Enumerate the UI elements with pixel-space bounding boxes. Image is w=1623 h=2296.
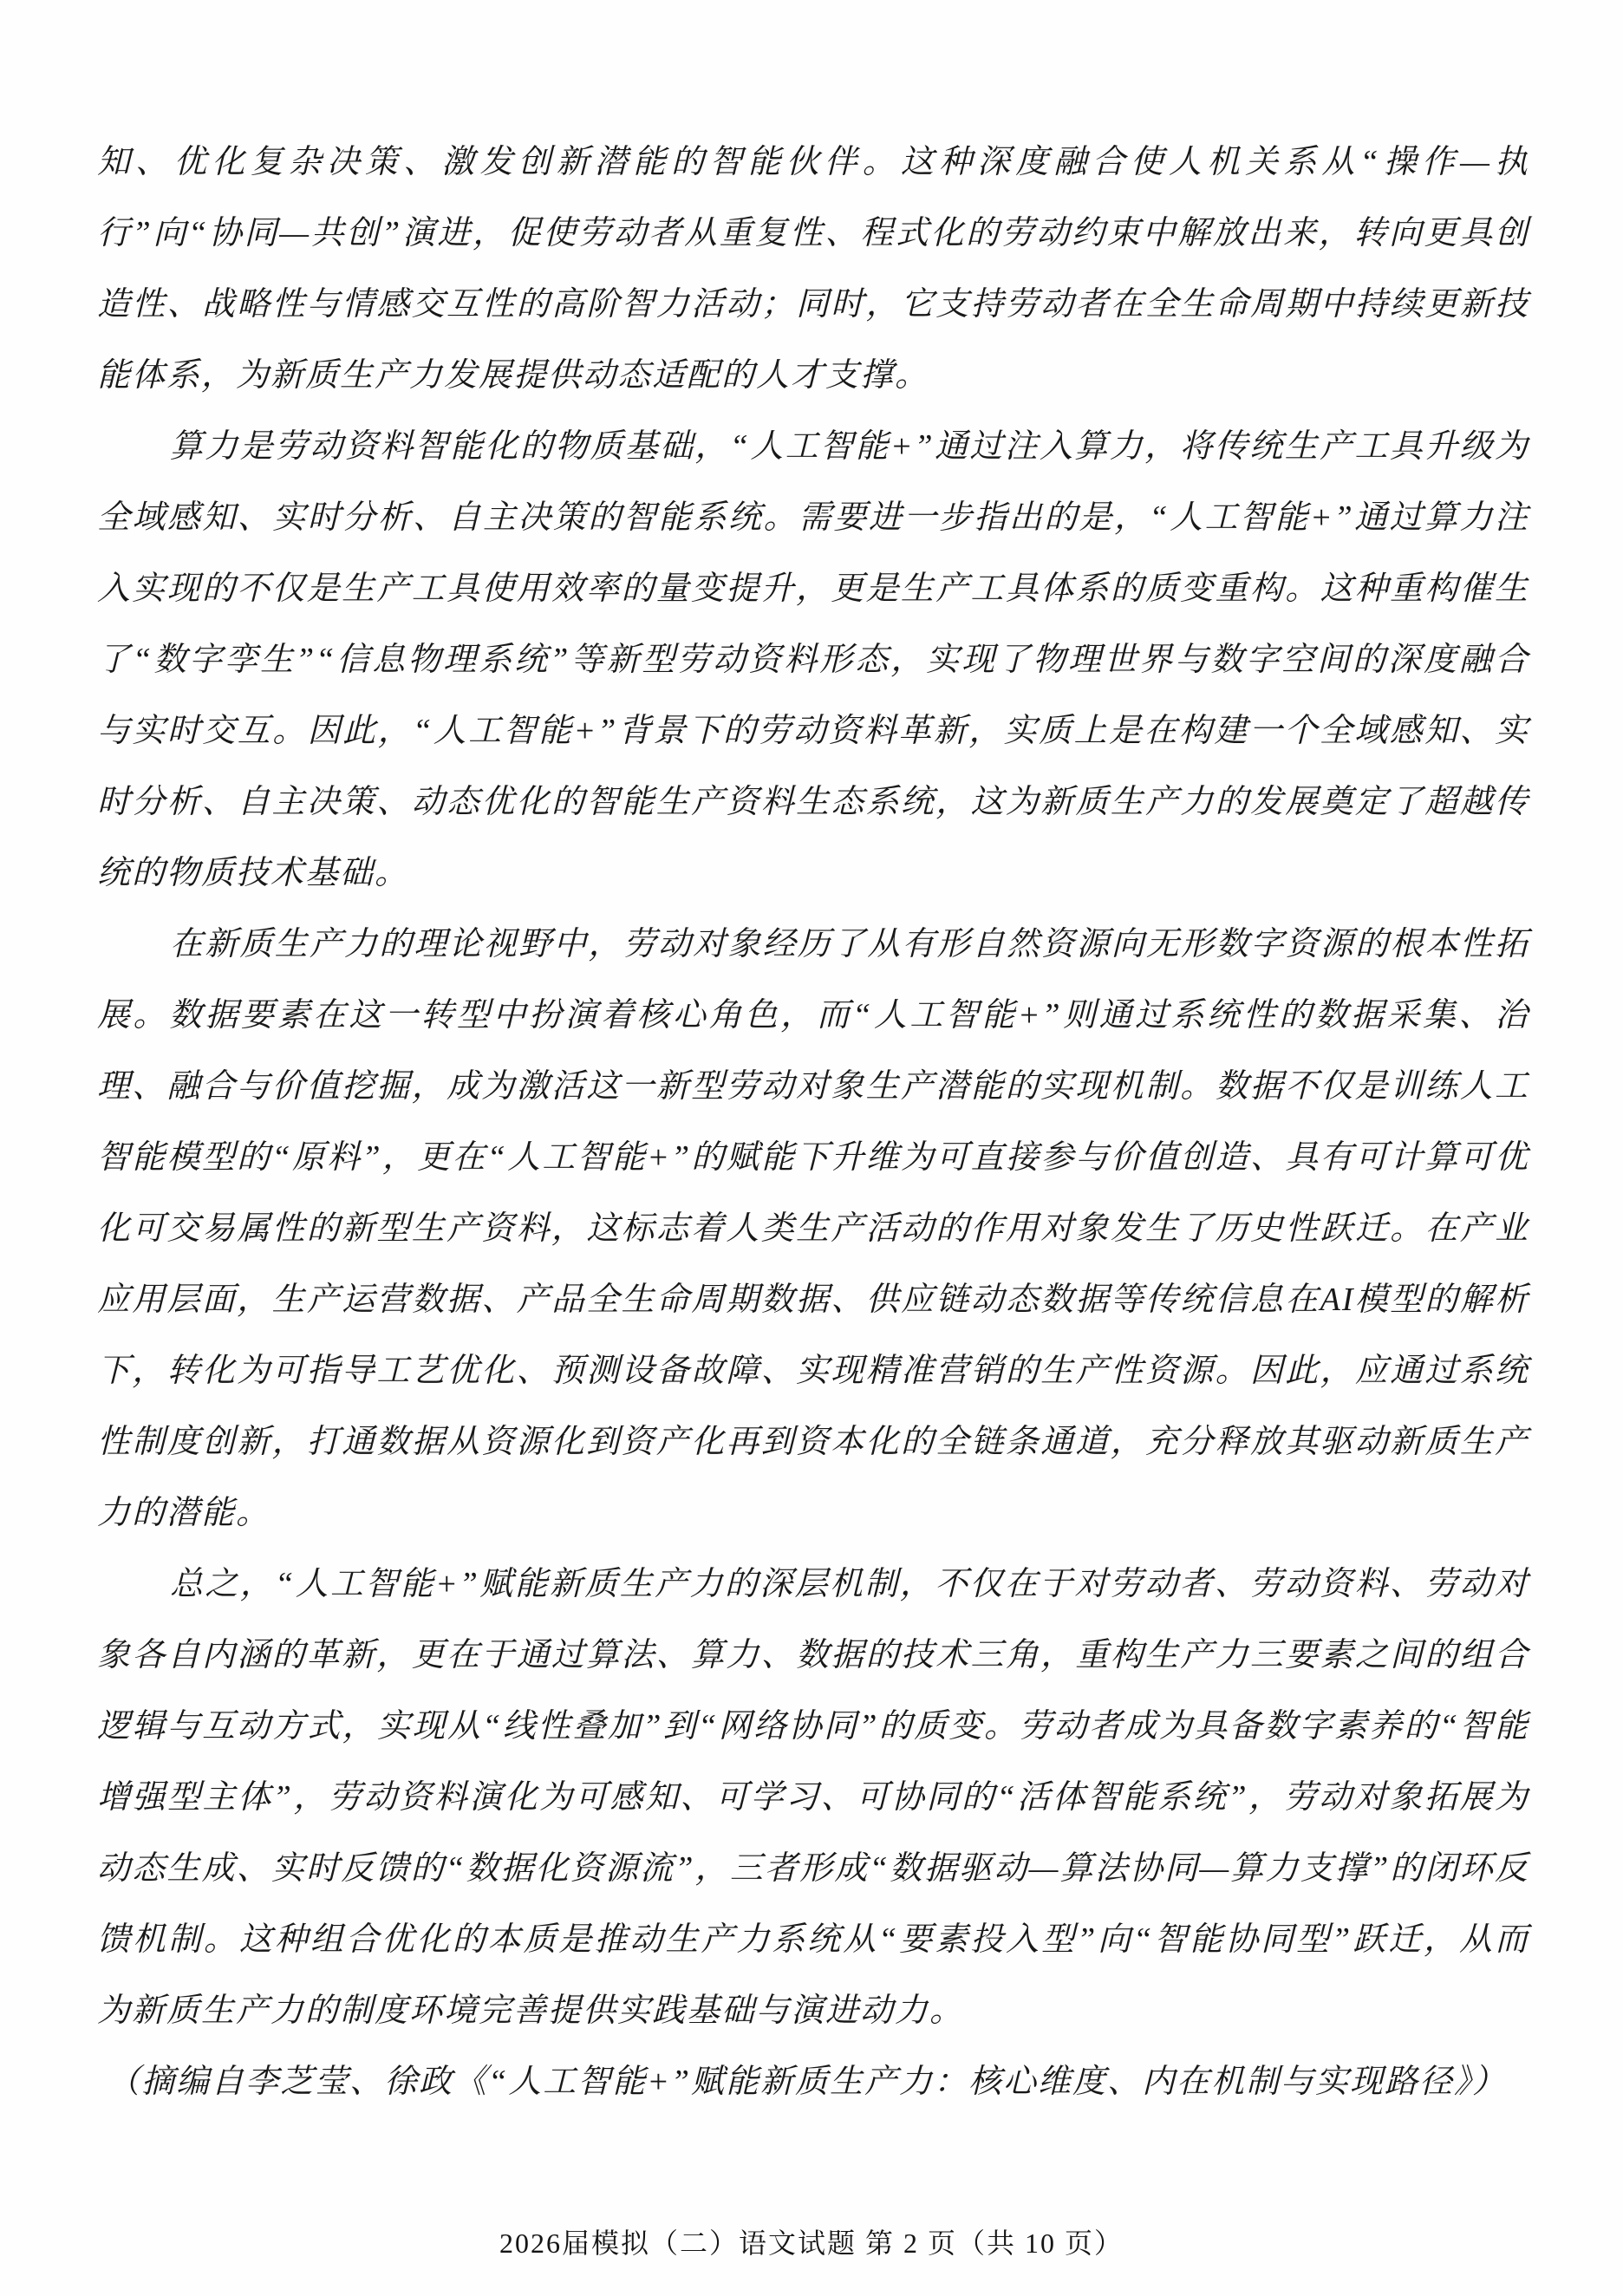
source-attribution: （摘编自李芝莹、徐政《“人工智能+”赋能新质生产力：核心维度、内在机制与实现路径… [97,2046,1529,2117]
body-paragraph: 算力是劳动资料智能化的物质基础，“人工智能+”通过注入算力，将传统生产工具升级为… [97,411,1529,909]
body-paragraph: 总之，“人工智能+”赋能新质生产力的深层机制，不仅在于对劳动者、劳动资料、劳动对… [97,1549,1529,2046]
body-paragraph: 知、优化复杂决策、激发创新潜能的智能伙伴。这种深度融合使人机关系从“操作—执行”… [97,127,1529,411]
footer-text: 2026届模拟（二）语文试题 第 2 页（共 10 页） [499,2228,1124,2259]
body-paragraph: 在新质生产力的理论视野中，劳动对象经历了从有形自然资源向无形数字资源的根本性拓展… [97,909,1529,1549]
page-footer: 2026届模拟（二）语文试题 第 2 页（共 10 页） [0,2221,1623,2261]
reading-passage: 知、优化复杂决策、激发创新潜能的智能伙伴。这种深度融合使人机关系从“操作—执行”… [97,127,1529,2117]
exam-page: 知、优化复杂决策、激发创新潜能的智能伙伴。这种深度融合使人机关系从“操作—执行”… [0,0,1623,2296]
